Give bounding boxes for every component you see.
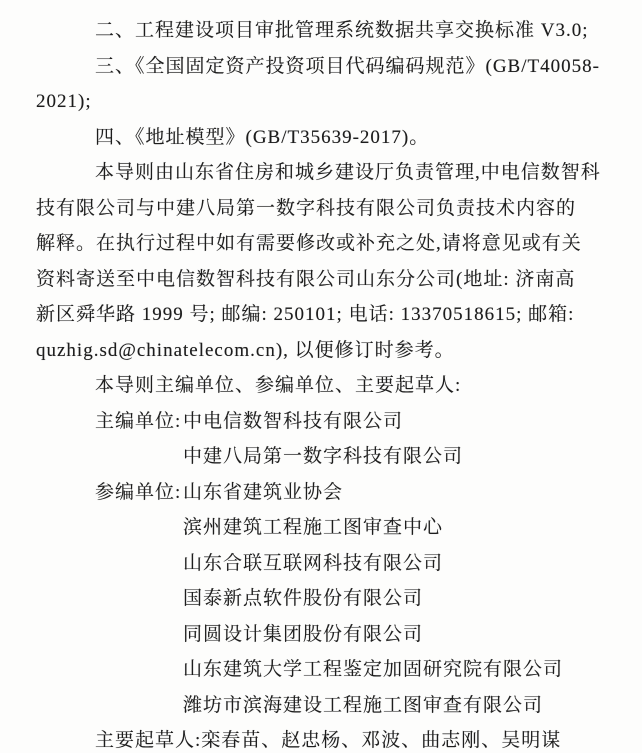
- management-paragraph-line-2: 技有限公司与中建八局第一数字科技有限公司负责技术内容的: [36, 191, 612, 227]
- co-editor-unit-2: 滨州建筑工程施工图审查中心: [36, 510, 612, 546]
- co-editor-unit-3: 山东合联互联网科技有限公司: [36, 546, 612, 582]
- drafters-names: 栾春苗、赵忠杨、邓波、曲志刚、吴明谋: [201, 730, 561, 751]
- management-paragraph-line-1: 本导则由山东省住房和城乡建设厅负责管理,中电信数智科: [36, 155, 612, 191]
- reference-item-3-line-2: 2021);: [36, 84, 612, 120]
- management-paragraph-line-5: 新区舜华路 1999 号; 邮编: 250101; 电话: 1337051861…: [36, 297, 612, 333]
- management-paragraph-line-4: 资料寄送至中电信数智科技有限公司山东分公司(地址: 济南高: [36, 262, 612, 298]
- reference-item-3-line-1: 三、《全国固定资产投资项目代码编码规范》(GB/T40058-: [36, 49, 612, 85]
- chief-editor-unit-1: 中电信数智科技有限公司: [183, 411, 403, 432]
- co-editor-unit-4: 国泰新点软件股份有限公司: [36, 581, 612, 617]
- drafters-row: 主要起草人:栾春苗、赵忠杨、邓波、曲志刚、吴明谋: [36, 723, 612, 753]
- chief-editor-unit-2: 中建八局第一数字科技有限公司: [36, 439, 612, 475]
- co-editors-row: 参编单位:山东省建筑业协会: [36, 475, 612, 511]
- chief-editor-label: 主编单位:: [95, 404, 183, 440]
- reference-item-4: 四、《地址模型》(GB/T35639-2017)。: [36, 120, 612, 156]
- management-paragraph-line-3: 解释。在执行过程中如有需要修改或补充之处,请将意见或有关: [36, 226, 612, 262]
- drafters-label: 主要起草人:: [95, 723, 201, 753]
- co-editor-unit-5: 同圆设计集团股份有限公司: [36, 617, 612, 653]
- chief-editor-row: 主编单位:中电信数智科技有限公司: [36, 404, 612, 440]
- reference-item-2: 二、工程建设项目审批管理系统数据共享交换标准 V3.0;: [36, 13, 612, 49]
- management-paragraph-line-6: quzhig.sd@chinatelecom.cn), 以便修订时参考。: [36, 333, 612, 369]
- co-editors-label: 参编单位:: [95, 475, 183, 511]
- credits-intro: 本导则主编单位、参编单位、主要起草人:: [36, 368, 612, 404]
- co-editor-unit-1: 山东省建筑业协会: [183, 482, 343, 503]
- co-editor-unit-6: 山东建筑大学工程鉴定加固研究院有限公司: [36, 652, 612, 688]
- document-page: 二、工程建设项目审批管理系统数据共享交换标准 V3.0; 三、《全国固定资产投资…: [0, 0, 642, 753]
- co-editor-unit-7: 潍坊市滨海建设工程施工图审查有限公司: [36, 688, 612, 724]
